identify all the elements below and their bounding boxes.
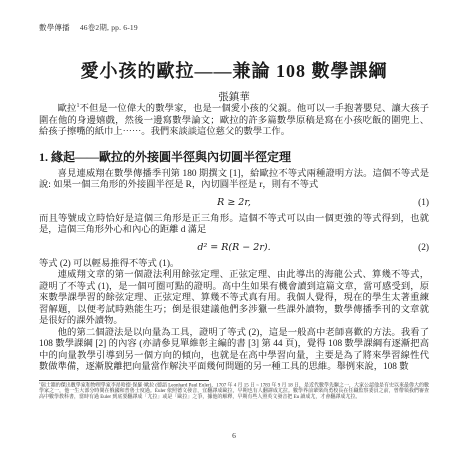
footnote: 1瑞士籍的傑出數學家和物理學家李昂哈德·保羅·歐拉 (德語 Leonhard P… — [39, 383, 429, 401]
intro-paragraph: 歐拉1不但是一位偉大的數學家，也是一個愛小孩的父親。他可以一手抱著嬰兒、讓大孩子… — [39, 104, 429, 139]
equation-2: d² = R(R − 2r). (2) — [39, 242, 429, 254]
intro-lead: 歐拉 — [58, 104, 77, 114]
paragraph-eq-conclusion: 等式 (2) 可以輕易推得不等式 (1)。 — [39, 259, 429, 271]
paragraph-first-proof: 連威翔文章的第一個證法利用餘弦定理、正弦定理、由此導出的海龍公式、算幾不等式，證… — [39, 270, 429, 328]
journal-name: 數學傳播 — [39, 23, 70, 32]
article-author: 張鎮華 — [39, 91, 429, 104]
footnote-rule — [39, 380, 209, 381]
journal-issue: 46卷2期, pp. 6-19 — [80, 23, 138, 32]
journal-header: 數學傳播46卷2期, pp. 6-19 — [39, 22, 429, 33]
equation-2-formula: d² = R(R − 2r). — [197, 242, 270, 253]
intro-rest: 不但是一位偉大的數學家，也是一個愛小孩的父親。他可以一手抱著嬰兒、讓大孩子圍在他… — [39, 104, 429, 137]
equation-1-number: (1) — [418, 197, 429, 209]
page-number: 6 — [0, 431, 468, 440]
paragraph-after-eq1: 而且等號成立時恰好是這個三角形是正三角形。這個不等式可以由一個更強的等式得到，也… — [39, 214, 429, 237]
journal-page: 數學傳播46卷2期, pp. 6-19 愛小孩的歐拉——兼論 108 數學課綱 … — [0, 0, 468, 468]
article-title: 愛小孩的歐拉——兼論 108 數學課綱 — [39, 60, 429, 82]
equation-1: R ≥ 2r, (1) — [39, 197, 429, 209]
paragraph-second-proof: 他的第二個證法是以向量為工具，證明了等式 (2)，這是一般高中老師喜歡的方法。我… — [39, 328, 429, 374]
section-1-lead-paragraph: 喜見連威翔在數學傳播季刊第 180 期撰文 [1]，給歐拉不等式兩種證明方法。這… — [39, 169, 429, 192]
footnote-text: 瑞士籍的傑出數學家和物理學家李昂哈德·保羅·歐拉 (德語 Leonhard Pa… — [39, 383, 429, 400]
equation-1-formula: R ≥ 2r, — [217, 197, 251, 208]
section-1-heading: 1. 緣起——歐拉的外接圓半徑與內切圓半徑定理 — [39, 150, 429, 165]
equation-2-number: (2) — [418, 242, 429, 254]
